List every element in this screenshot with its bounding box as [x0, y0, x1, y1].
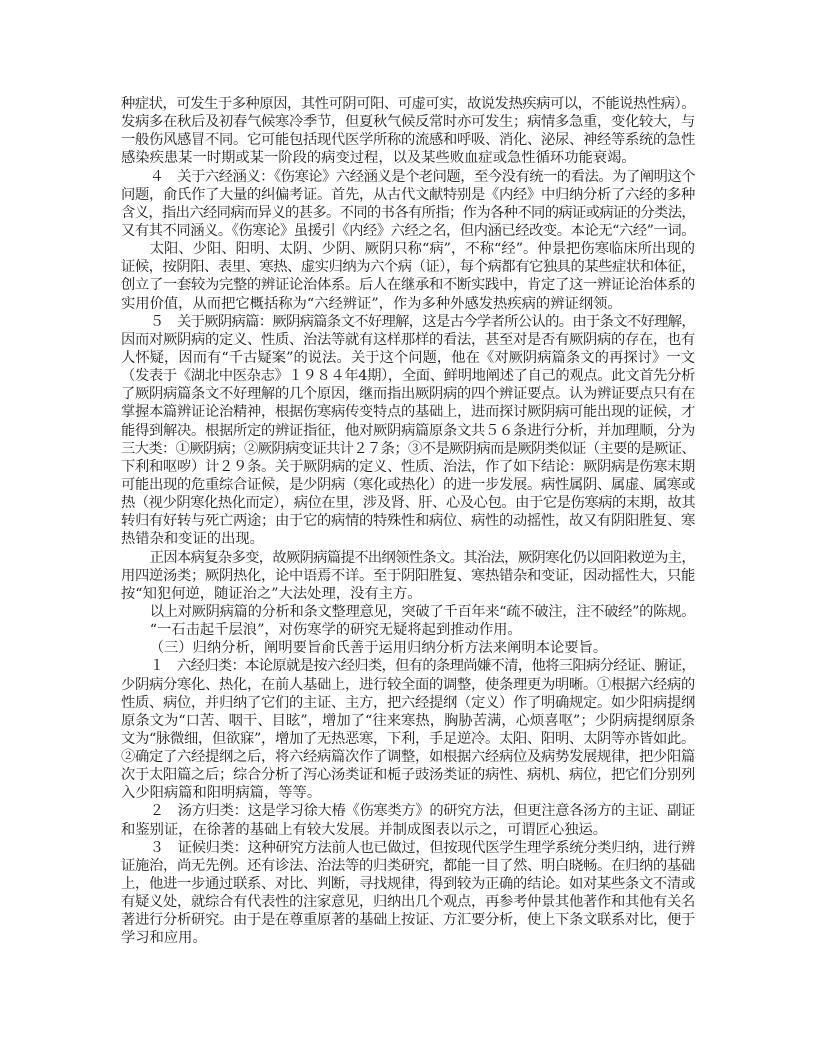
text-line: 用四逆汤类；厥阴热化，论中语焉不详。至于阴阳胜复、寒热错杂和变证，因动摇性大，只… [121, 567, 695, 585]
text-line: 一般伤风感冒不同。它可能包括现代医学所称的流感和呼吸、消化、泌尿、神经等系统的急… [121, 131, 695, 149]
text-line: 入少阳病篇和阳明病篇，等等。 [121, 784, 695, 802]
text-line: ②确定了六经提纲之后，将六经病篇次作了调整，如根据六经病位及病势发展规律，把少阳… [121, 748, 695, 766]
text-line: 少阴病分寒化、热化，在前人基础上，进行较全面的调整，使条理更为明晰。①根据六经病… [121, 676, 695, 694]
text-line: 学习和应用。 [121, 929, 695, 947]
text-line: 下利和呕哕）计２９条。关于厥阴病的定义、性质、治法，作了如下结论：厥阴病是伤寒末… [121, 458, 695, 476]
text-line: 正因本病复杂多变，故厥阴病篇提不出纲领性条文。其治法，厥阴寒化仍以回阳救逆为主， [121, 549, 695, 567]
text-line: 热错杂和变证的出现。 [121, 530, 695, 548]
text-line: 能得到解决。根据所定的辨证指征，他对厥阴病篇原条文共５６条进行分析，并加理顺，分… [121, 422, 695, 440]
text-line: 转归有好转与死亡两途；由于它的病情的特殊性和病位、病性的动摇性，故又有阴阳胜复、… [121, 512, 695, 530]
text-line: 和鉴别证，在徐著的基础上有较大发展。并制成图表以示之，可谓匠心独运。 [121, 821, 695, 839]
text-line: 实用价值，从而把它概括称为“六经辨证”，作为多种外感发热疾病的辨证纲领。 [121, 295, 695, 313]
paragraph: 太阳、少阳、阳明、太阴、少阴、厥阴只称“病”，不称“经”。仲景把伤寒临床所出现的… [121, 240, 695, 313]
text-line: ４ 关于六经涵义：《伤寒论》六经涵义是个老问题，至今没有统一的看法。为了阐明这个 [121, 168, 695, 186]
text-line: 了厥阴病篇条文不好理解的几个原因，继而指出厥阴病的四个辨证要点。认为辨证要点只有… [121, 385, 695, 403]
text-line: 上，他进一步通过联系、对比、判断，寻找规律，得到较为正确的结论。如对某些条文不清… [121, 875, 695, 893]
text-line: 性质、病位，并归纳了它们的主证、主方，把六经提纲（定义）作了明确规定。如少阳病提… [121, 694, 695, 712]
text-line: 掌握本篇辨证论治精神，根据伤寒病传变特点的基础上，进而探讨厥阴病可能出现的证候，… [121, 403, 695, 421]
paragraph: ２ 汤方归类：这是学习徐大椿《伤寒类方》的研究方法，但更注意各汤方的主证、副证 … [121, 802, 695, 838]
text-column: 种症状，可发生于多种原因，其性可阴可阳、可虚可实，故说发热疾病可以，不能说热性病… [121, 95, 695, 948]
text-line: 因而对厥阴病的定义、性质、治法等就有这样那样的看法，甚至对是否有厥阴病的存在，也… [121, 331, 695, 349]
paragraph: ５ 关于厥阴病篇：厥阴病篇条文不好理解，这是古今学者所公认的。由于条文不好理解，… [121, 313, 695, 549]
text-line: （发表于《湖北中医杂志》１９８４年4期），全面、鲜明地阐述了自己的观点。此文首先… [121, 367, 695, 385]
paragraph: ３ 证候归类：这种研究方法前人也已做过，但按现代医学生理学系统分类归纳，进行辨 … [121, 839, 695, 948]
text-line: 问题，俞氏作了大量的纠偏考证。首先，从古代文献特别是《内经》中归纳分析了六经的多… [121, 186, 695, 204]
text-line: １ 六经归类：本论原就是按六经归类，但有的条理尚嫌不清，他将三阳病分经证、腑证， [121, 657, 695, 675]
text-line: 含义，指出六经同病而异义的甚多。不同的书各有所指；作为各种不同的病证或病证的分类… [121, 204, 695, 222]
text-line: 又有其不同涵义。《伤寒论》虽援引《内经》六经之名，但内涵已经改变。本论无“六经”… [121, 222, 695, 240]
text-line: 证施治，尚无先例。还有诊法、治法等的归类研究，都能一目了然、明白晓畅。在归纳的基… [121, 857, 695, 875]
text-line: 著进行分析研究。由于是在尊重原著的基础上按证、方汇要分析，使上下条文联系对比，便… [121, 911, 695, 929]
document-page: 种症状，可发生于多种原因，其性可阴可阳、可虚可实，故说发热疾病可以，不能说热性病… [0, 0, 816, 1056]
text-line: 三大类：①厥阴病；②厥阴病变证共计２７条；③不是厥阴病而是厥阴类似证（主要的是厥… [121, 440, 695, 458]
text-line: 以上对厥阴病篇的分析和条文整理意见，突破了千百年来“疏不破注，注不破经”的陈规。 [121, 603, 695, 621]
text-line: ５ 关于厥阴病篇：厥阴病篇条文不好理解，这是古今学者所公认的。由于条文不好理解， [121, 313, 695, 331]
text-line: ３ 证候归类：这种研究方法前人也已做过，但按现代医学生理学系统分类归纳，进行辨 [121, 839, 695, 857]
text-line: 发病多在秋后及初春气候寒冷季节，但夏秋气候反常时亦可发生；病情多急重，变化较大，… [121, 113, 695, 131]
text-line: 文为“脉微细，但欲寐”，增加了无热恶寒，下利，手足逆冷。太阳、阳明、太阴等亦皆如… [121, 730, 695, 748]
paragraph: 正因本病复杂多变，故厥阴病篇提不出纲领性条文。其治法，厥阴寒化仍以回阳救逆为主，… [121, 549, 695, 603]
text-line: 感染疾患某一时期或某一阶段的病变过程，以及某些败血症或急性循环功能衰竭。 [121, 149, 695, 167]
text-line: 太阳、少阳、阳明、太阴、少阴、厥阴只称“病”，不称“经”。仲景把伤寒临床所出现的 [121, 240, 695, 258]
text-line: 按“知犯何逆，随证治之”大法处理，没有主方。 [121, 585, 695, 603]
text-line: 证候，按阴阳、表里、寒热、虚实归纳为六个病（证），每个病都有它独具的某些症状和体… [121, 258, 695, 276]
text-line: ２ 汤方归类：这是学习徐大椿《伤寒类方》的研究方法，但更注意各汤方的主证、副证 [121, 802, 695, 820]
paragraph: １ 六经归类：本论原就是按六经归类，但有的条理尚嫌不清，他将三阳病分经证、腑证，… [121, 657, 695, 802]
text-line: 有疑义处，就综合有代表性的注家意见，归纳出几个观点，再参考仲景其他著作和其他有关… [121, 893, 695, 911]
text-line: 种症状，可发生于多种原因，其性可阴可阳、可虚可实，故说发热疾病可以，不能说热性病… [121, 95, 695, 113]
text-line: “一石击起千层浪”，对伤寒学的研究无疑将起到推动作用。 [121, 621, 695, 639]
paragraph: ４ 关于六经涵义：《伤寒论》六经涵义是个老问题，至今没有统一的看法。为了阐明这个… [121, 168, 695, 241]
text-line: 原条文为“口苦、咽干、目眩”，增加了“往来寒热，胸胁苦满，心烦喜呕”；少阴病提纲… [121, 712, 695, 730]
text-line: 次于太阳篇之后；综合分析了泻心汤类证和栀子豉汤类证的病性、病机、病位，把它们分别… [121, 766, 695, 784]
paragraph: 种症状，可发生于多种原因，其性可阴可阳、可虚可实，故说发热疾病可以，不能说热性病… [121, 95, 695, 168]
text-line: 热（视少阴寒化热化而定），病位在里，涉及肾、肝、心及心包。由于它是伤寒病的末期，… [121, 494, 695, 512]
text-line: （三）归纳分析，阐明要旨俞氏善于运用归纳分析方法来阐明本论要旨。 [121, 639, 695, 657]
section-heading: （三）归纳分析，阐明要旨俞氏善于运用归纳分析方法来阐明本论要旨。 [121, 639, 695, 657]
text-line: 可能出现的危重综合证候，是少阴病（寒化或热化）的进一步发展。病性属阴、属虚、属寒… [121, 476, 695, 494]
text-line: 创立了一套较为完整的辨证论治体系。后人在继承和不断实践中，肯定了这一辨证论治体系… [121, 276, 695, 294]
paragraph: 以上对厥阴病篇的分析和条文整理意见，突破了千百年来“疏不破注，注不破经”的陈规。 [121, 603, 695, 621]
paragraph: “一石击起千层浪”，对伤寒学的研究无疑将起到推动作用。 [121, 621, 695, 639]
text-line: 人怀疑，因而有“千古疑案”的说法。关于这个问题，他在《对厥阴病篇条文的再探讨》一… [121, 349, 695, 367]
